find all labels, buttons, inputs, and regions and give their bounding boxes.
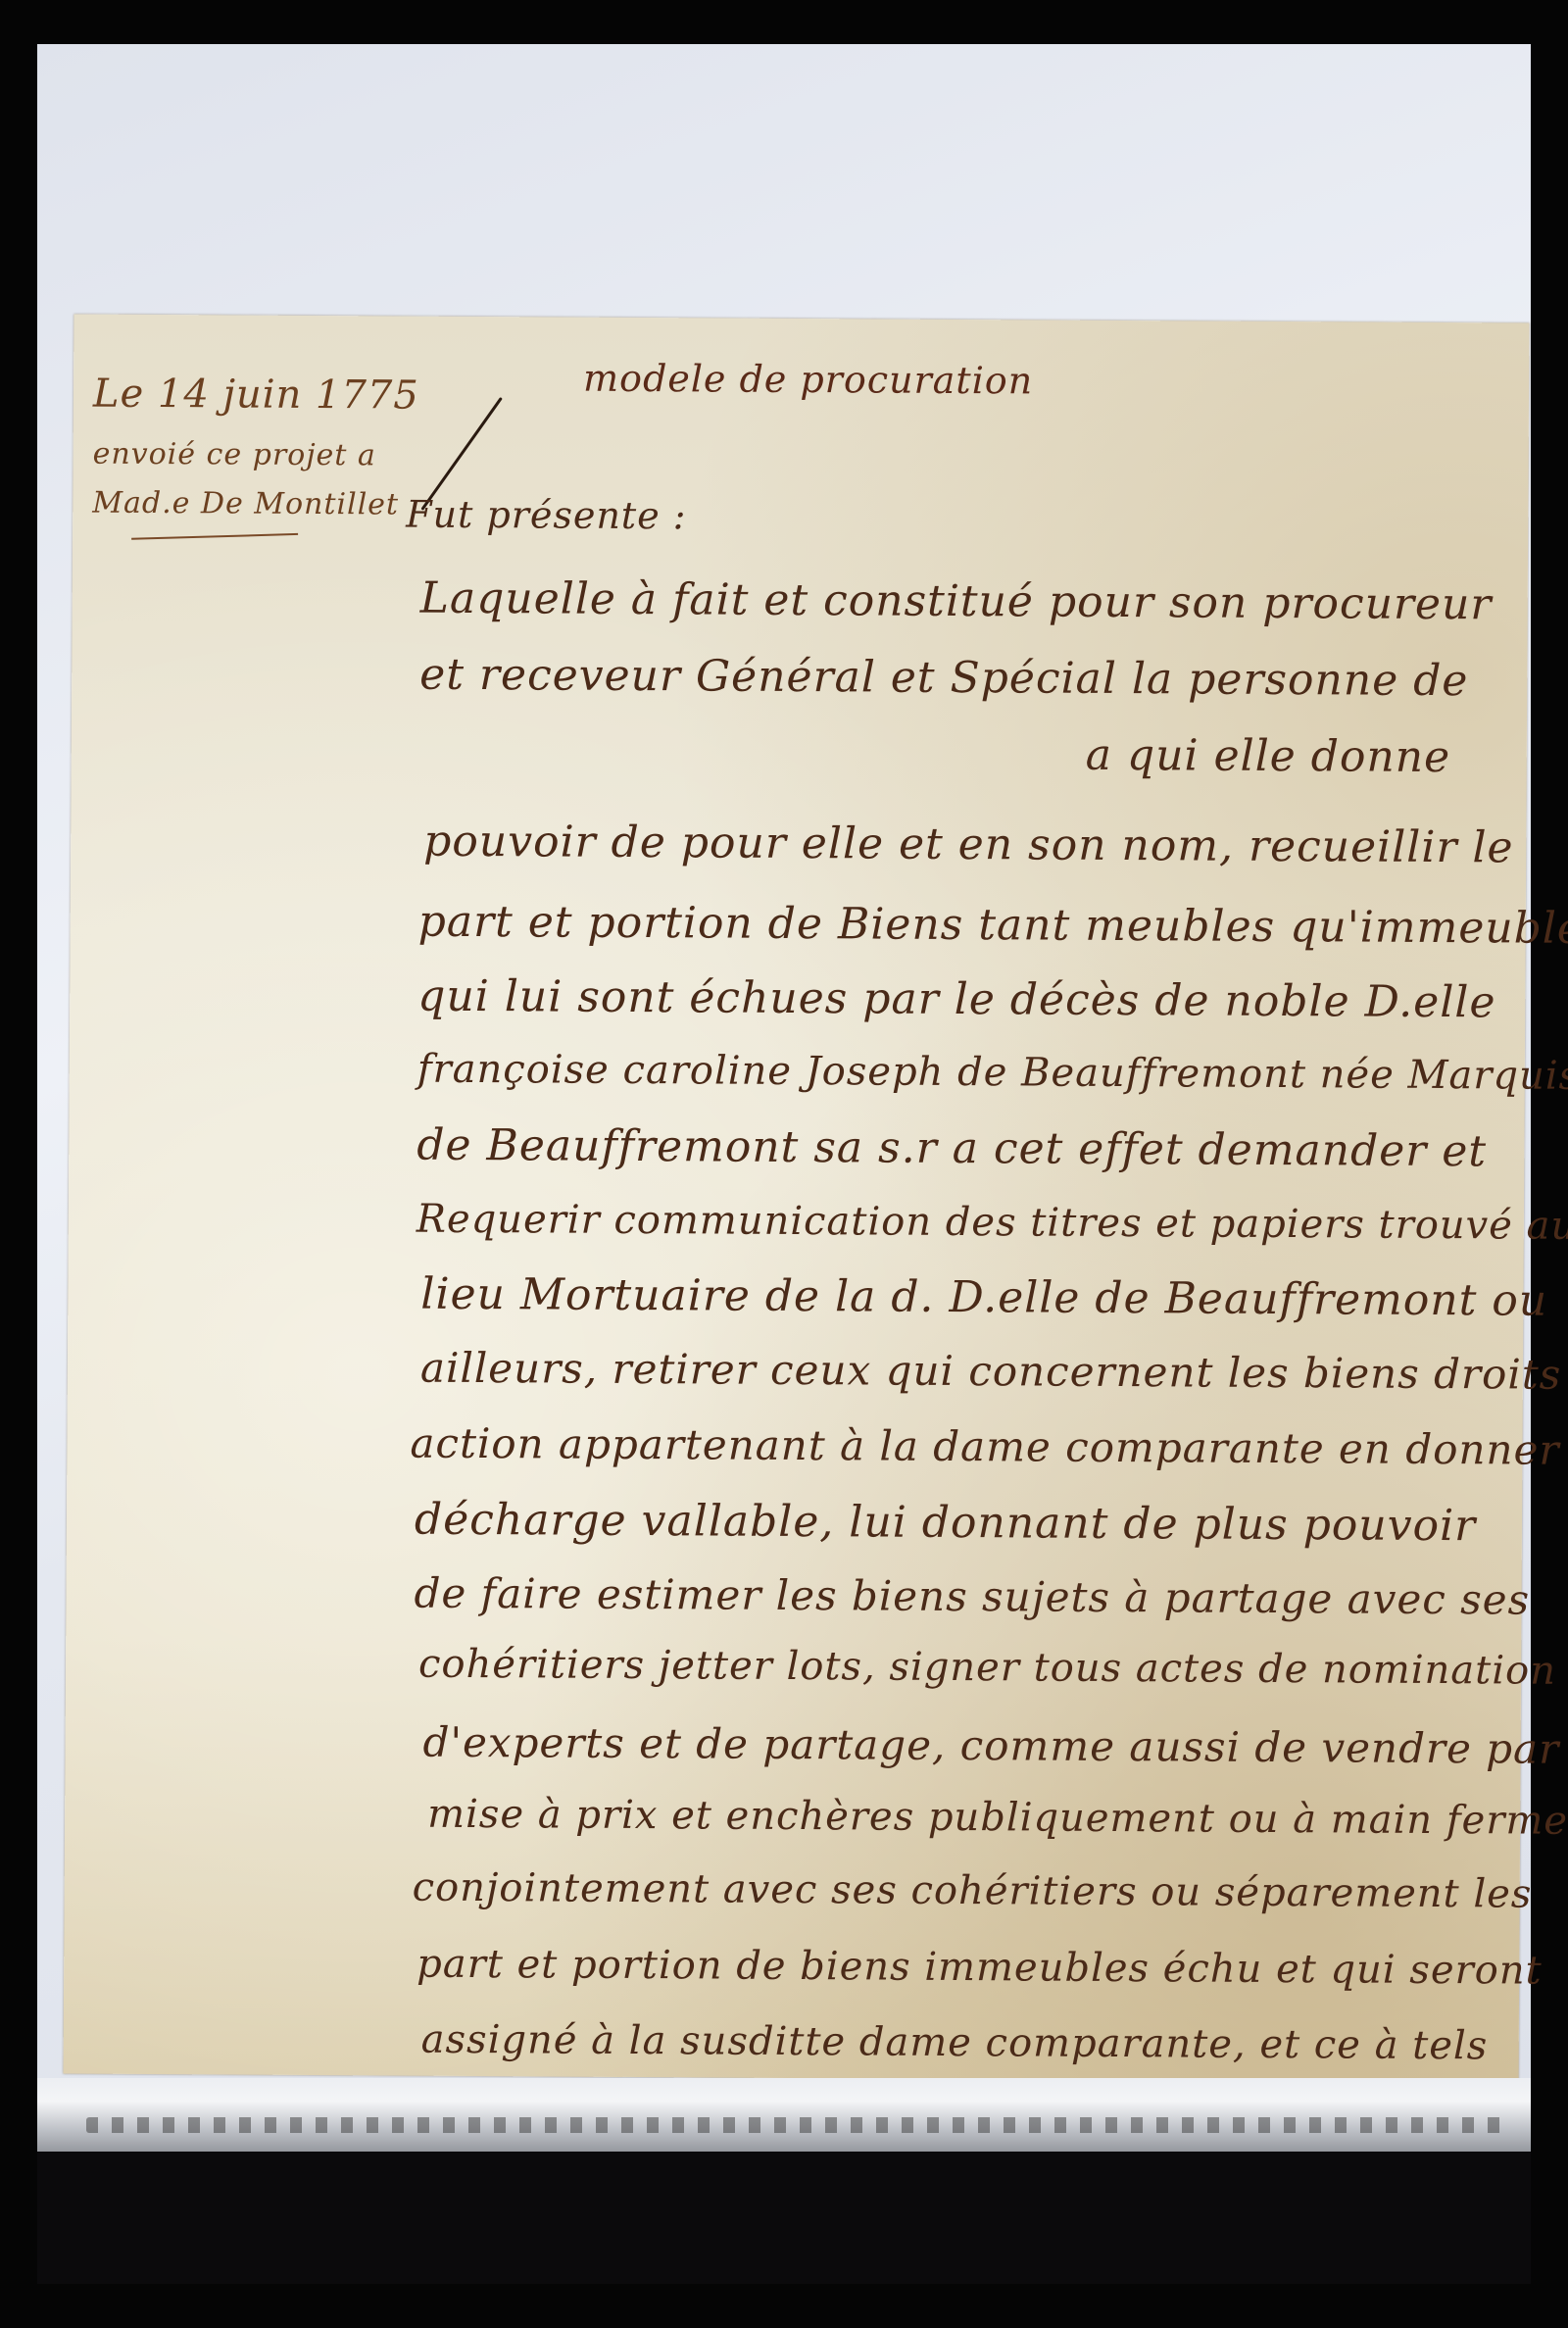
text-line: a qui elle donne [1086, 730, 1451, 782]
text-line: part et portion de Biens tant meubles qu… [418, 897, 1568, 954]
sleeve-punch-holes [86, 2117, 1511, 2133]
document-title: modele de procuration [583, 357, 1033, 403]
margin-note-line3: Mad.e De Montillet [92, 486, 399, 522]
text-line: mise à prix et enchères publiquement ou … [427, 1792, 1568, 1844]
text-line: lieu Mortuaire de la d. D.elle de Beauff… [420, 1269, 1547, 1326]
text-line: décharge vallable, lui donnant de plus p… [415, 1495, 1476, 1552]
margin-underline [131, 533, 298, 540]
text-line: conjointement avec ses cohéritiers ou sé… [413, 1865, 1533, 1917]
margin-note-line2: envoié ce projet a [93, 437, 376, 473]
text-line: françoise caroline Joseph de Beauffremon… [417, 1047, 1568, 1099]
dark-background [37, 2152, 1531, 2284]
text-line: ailleurs, retirer ceux qui concernent le… [420, 1344, 1568, 1399]
text-line: Requerir communication des titres et pap… [416, 1197, 1568, 1249]
document-page: Le 14 juin 1775 envoié ce projet a Mad.e… [64, 314, 1530, 2082]
text-line: de faire estimer les biens sujets à part… [414, 1569, 1530, 1624]
margin-date: Le 14 juin 1775 [93, 371, 419, 419]
text-line: de Beauffremont sa s.r a cet effet deman… [416, 1120, 1487, 1177]
text-line: Laquelle à fait et constitué pour son pr… [420, 573, 1493, 630]
text-line: assigné à la susditte dame comparante, e… [421, 2017, 1489, 2069]
text-line: pouvoir de pour elle et en son nom, recu… [423, 817, 1514, 873]
text-line: Fut présente : [406, 493, 687, 538]
text-line: et receveur Général et Spécial la person… [419, 650, 1468, 707]
text-line: cohéritiers jetter lots, signer tous act… [418, 1642, 1556, 1694]
text-line: d'experts et de partage, comme aussi de … [422, 1718, 1559, 1773]
text-line: qui lui sont échues par le décès de nobl… [417, 971, 1496, 1028]
text-line: part et portion de biens immeubles échu … [416, 1942, 1543, 1994]
text-line: action appartenant à la dame comparante … [410, 1419, 1559, 1474]
